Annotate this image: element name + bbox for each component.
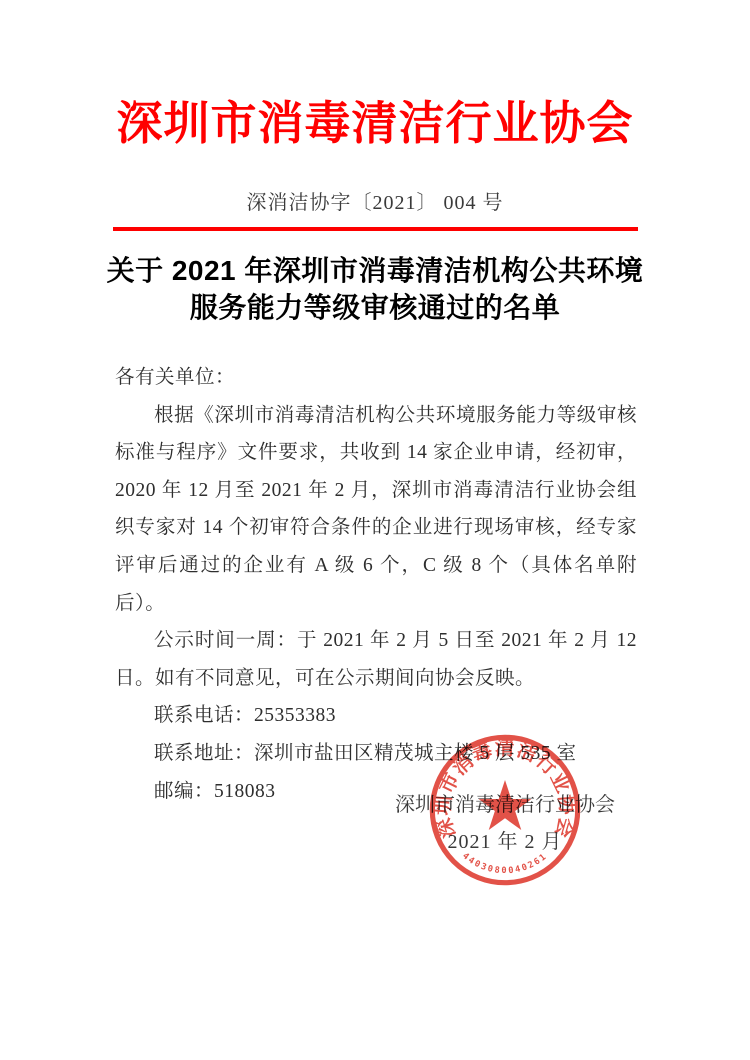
contact-address-line: 联系地址：深圳市盐田区精茂城主楼 5 层 535 室 (115, 735, 637, 773)
document-title-line-1: 关于 2021 年深圳市消毒清洁机构公共环境 (60, 252, 690, 289)
document-title-line-2: 服务能力等级审核通过的名单 (60, 289, 690, 326)
red-divider-rule (113, 227, 638, 231)
paragraph-intro: 根据《深圳市消毒清洁机构公共环境服务能力等级审核标准与程序》文件要求，共收到 1… (115, 397, 637, 623)
document-title: 关于 2021 年深圳市消毒清洁机构公共环境 服务能力等级审核通过的名单 (60, 252, 690, 326)
signature-org-name: 深圳市消毒清洁行业协会 (393, 790, 617, 820)
official-document-page: 深圳市消毒清洁行业协会 深消洁协字〔2021〕 004 号 关于 2021 年深… (0, 0, 750, 1060)
signature-date: 2021 年 2 月 (393, 827, 617, 857)
signature-block: 深圳市消毒清洁行业协会 2021 年 2 月 (393, 790, 617, 857)
paragraph-public-notice: 公示时间一周：于 2021 年 2 月 5 日至 2021 年 2 月 12 日… (115, 622, 637, 697)
salutation-line: 各有关单位： (115, 359, 637, 397)
letterhead-org-title: 深圳市消毒清洁行业协会 (0, 90, 750, 156)
document-body: 各有关单位： 根据《深圳市消毒清洁机构公共环境服务能力等级审核标准与程序》文件要… (115, 359, 637, 810)
document-number: 深消洁协字〔2021〕 004 号 (0, 188, 750, 218)
contact-phone-line: 联系电话：25353383 (115, 697, 637, 735)
